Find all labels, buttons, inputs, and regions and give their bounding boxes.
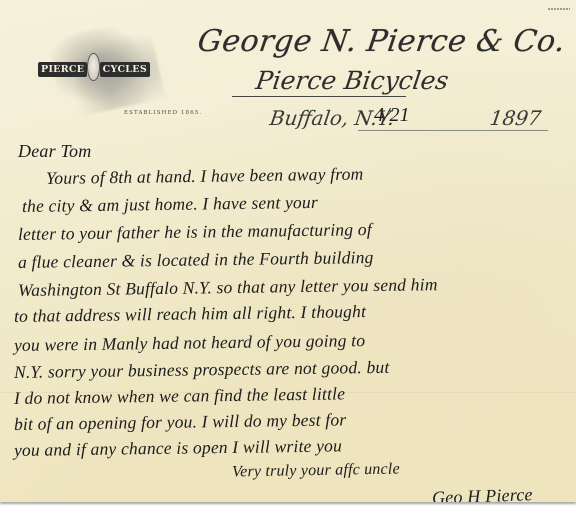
logo-word-left: PIERCE	[38, 62, 87, 77]
letter-line: you and if any chance is open I will wri…	[14, 435, 342, 461]
closing: Very truly your affc uncle	[232, 461, 400, 482]
letter-line: Washington St Buffalo N.Y. so that any l…	[18, 274, 438, 301]
company-name: George N. Pierce & Co.	[196, 24, 568, 59]
pierce-cycles-badge-icon	[87, 53, 99, 81]
signature: Geo H Pierce	[432, 484, 533, 502]
letter-line: letter to your father he is in the manuf…	[18, 219, 372, 245]
letter-line: N.Y. sorry your business prospects are n…	[14, 357, 390, 383]
salutation: Dear Tom	[18, 141, 91, 162]
letter-line: you were in Manly had not heard of you g…	[14, 330, 366, 356]
logo-banner: PIERCE CYCLES	[38, 61, 150, 77]
date-rule	[358, 130, 548, 131]
subtitle-underline	[232, 96, 406, 97]
place-date-line: Buffalo, N.Y. 4/21 1897	[258, 106, 558, 136]
letter-line: a flue cleaner & is located in the Fourt…	[18, 247, 374, 273]
established-year: ESTABLISHED 1865.	[124, 110, 202, 116]
letter-line: Yours of 8th at hand. I have been away f…	[46, 164, 364, 189]
letter-page: PIERCE CYCLES ESTABLISHED 1865. George N…	[0, 0, 576, 502]
letter-line: to that address will reach him all right…	[14, 301, 366, 327]
year: 1897	[488, 106, 542, 130]
logo-word-right: CYCLES	[100, 62, 150, 77]
company-subtitle: Pierce Bicycles	[254, 66, 450, 95]
printer-mark	[548, 8, 570, 10]
letter-line: bit of an opening for you. I will do my …	[14, 409, 347, 435]
handwritten-date: 4/21	[374, 104, 410, 127]
letter-line: I do not know when we can find the least…	[14, 383, 345, 409]
pierce-cycles-logo: PIERCE CYCLES	[38, 28, 158, 110]
letter-line: the city & am just home. I have sent you…	[22, 192, 318, 217]
